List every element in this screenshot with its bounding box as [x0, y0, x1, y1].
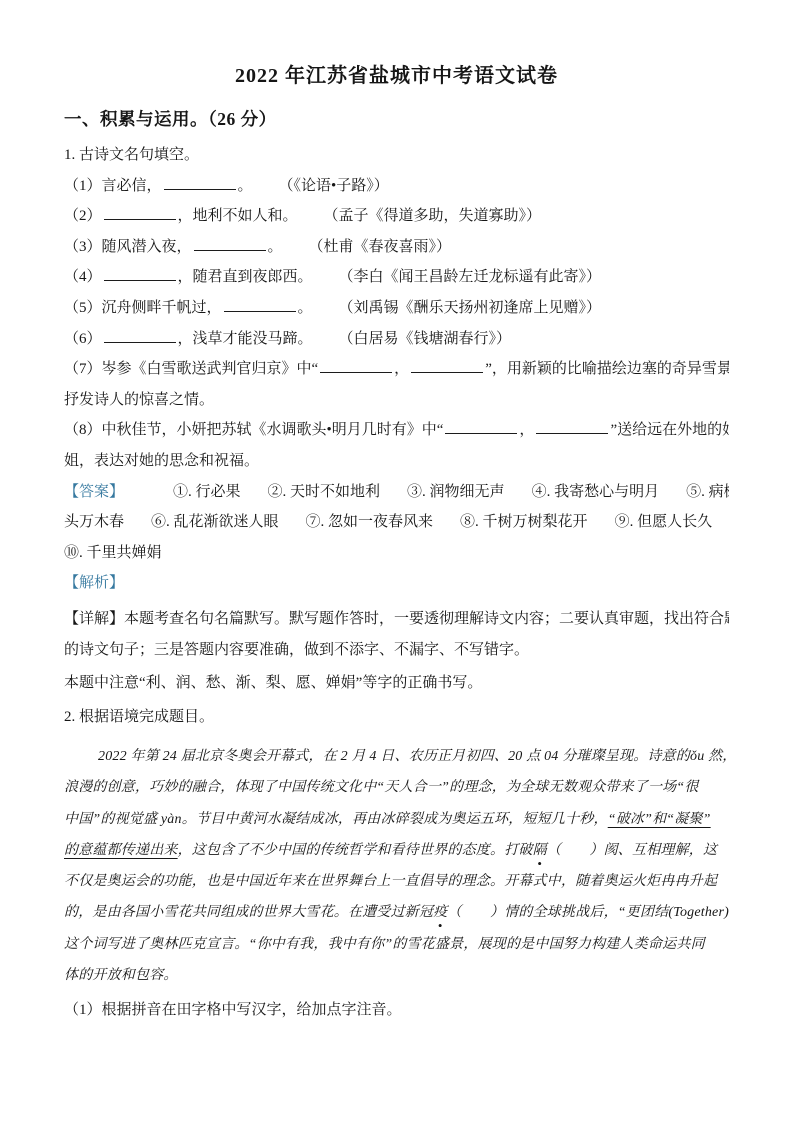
answer-item: 头万木春 [64, 514, 124, 530]
item-text: 姐，表达对她的思念和祝福。 [64, 453, 259, 469]
context-paragraph-line-7: 这个词写进了奥林匹克宣言。“你中有我，我中有你”的雪花盛景，展现的是中国努力构建… [64, 929, 729, 960]
answer-line-2: 头万木春⑥. 乱花渐欲迷人眼⑦. 忽如一夜春风来⑧. 千树万树梨花开⑨. 但愿人… [64, 507, 729, 538]
paragraph-text: 浪漫的创意，巧妙的融合，体现了中国传统文化中“天人合一”的理念，为全球无数观众带… [64, 780, 699, 795]
context-paragraph-line-8: 体的开放和包容。 [64, 960, 729, 991]
underlined-phrase: 的意蕴都传递出来 [64, 843, 178, 858]
item-text: （7）岑参《白雪歌送武判官归京》中“ [64, 361, 318, 377]
detail-line-2: 的诗文句子；三是答题内容要准确，做到不添字、不漏字、不写错字。 [64, 635, 729, 666]
blank-line [411, 358, 483, 373]
citation: （白居易《钱塘湖春行》） [339, 331, 512, 347]
context-paragraph-line-2: 浪漫的创意，巧妙的融合，体现了中国传统文化中“天人合一”的理念，为全球无数观众带… [64, 772, 729, 803]
exam-paper-page: 2022 年江苏省盐城市中考语文试卷 一、积累与运用。（26 分） 1. 古诗文… [0, 0, 793, 1122]
fill-blank-item-7-line-2: 抒发诗人的惊喜之情。 [64, 385, 729, 416]
question-2-label-text: 2. 根据语境完成题目。 [64, 709, 214, 725]
analysis-label-line: 【解析】 [64, 568, 729, 599]
item-text: ， [519, 422, 534, 438]
item-text: ，浅草才能没马蹄。 [178, 331, 313, 347]
underlined-phrase: “破冰”和“凝聚” [608, 812, 711, 827]
answer-item: ⑤. 病树前 [686, 484, 729, 500]
fill-blank-item-7-line-1: （7）岑参《白雪歌送武判官归京》中“，”，用新颖的比喻描绘边塞的奇异雪景， [64, 354, 729, 385]
paragraph-text: 体的开放和包容。 [64, 968, 178, 983]
answer-item: ①. 行必果 [173, 484, 241, 500]
question-1-label: 1. 古诗文名句填空。 [64, 140, 729, 171]
question-2-label: 2. 根据语境完成题目。 [64, 702, 729, 733]
item-text: ”，用新颖的比喻描绘边塞的奇异雪景， [485, 361, 729, 377]
analysis-label: 【解析】 [64, 575, 124, 591]
paragraph-text: （ ）情的全球挑战后，“更团结(Together)” [447, 905, 729, 920]
blank-line [104, 266, 176, 281]
fill-blank-item-8-line-1: （8）中秋佳节，小妍把苏轼《水调歌头•明月几时有》中“，”送给远在外地的姐 [64, 415, 729, 446]
detail-line-1: 【详解】本题考查名句名篇默写。默写题作答时，一要透彻理解诗文内容；二要认真审题，… [64, 604, 729, 635]
blank-line [320, 358, 392, 373]
detail-text: 本题考查名句名篇默写。默写题作答时，一要透彻理解诗文内容；二要认真审题，找出符合… [124, 611, 729, 627]
detail-label: 【详解】 [64, 611, 124, 627]
citation: （孟子《得道多助，失道寡助》） [324, 208, 542, 224]
paragraph-text: （ ）阂、互相理解，这 [547, 843, 717, 858]
question-1-label-text: 1. 古诗文名句填空。 [64, 147, 199, 163]
fill-blank-item-1: （1）言必信，。（《论语•子路》） [64, 171, 729, 202]
dotted-character: 隔 [533, 835, 547, 866]
answer-item: ④. 我寄愁心与明月 [532, 484, 660, 500]
answer-item: ②. 天时不如地利 [268, 484, 381, 500]
sub-question-text: （1）根据拼音在田字格中写汉字，给加点字注音。 [64, 1002, 402, 1018]
item-text: ，随君直到夜郎西。 [178, 269, 313, 285]
item-text: （3）随风潜入夜， [64, 239, 192, 255]
context-paragraph-line-5: 不仅是奥运会的功能，也是中国近年来在世界舞台上一直倡导的理念。开幕式中，随着奥运… [64, 866, 729, 897]
answer-item: ⑧. 千树万树梨花开 [460, 514, 588, 530]
paragraph-text: 这个词写进了奥林匹克宣言。“你中有我，我中有你”的雪花盛景，展现的是中国努力构建… [64, 937, 705, 952]
citation: （《论语•子路》） [279, 178, 389, 194]
paragraph-text: 中国”的视觉盛 yàn。节目中黄河水凝结成冰，再由冰碎裂成为奥运五环，短短几十秒… [64, 812, 608, 827]
answer-label: 【答案】 [64, 484, 124, 500]
citation: （李白《闻王昌龄左迁龙标遥有此寄》） [339, 269, 602, 285]
context-paragraph-line-4: 的意蕴都传递出来，这包含了不少中国的传统哲学和看待世界的态度。打破隔（ ）阂、互… [64, 835, 729, 866]
item-text: 。 [268, 239, 283, 255]
paragraph-text: ，这包含了不少中国的传统哲学和看待世界的态度。打破 [178, 843, 533, 858]
answer-line-3: ⑩. 千里共婵娟 [64, 538, 729, 569]
fill-blank-item-6: （6），浅草才能没马蹄。（白居易《钱塘湖春行》） [64, 324, 729, 355]
section-1-heading: 一、积累与运用。（26 分） [64, 104, 729, 134]
dotted-character: 疫 [433, 897, 447, 928]
item-text: （2） [64, 208, 102, 224]
fill-blank-item-8-line-2: 姐，表达对她的思念和祝福。 [64, 446, 729, 477]
question-2-sub-1: （1）根据拼音在田字格中写汉字，给加点字注音。 [64, 995, 729, 1026]
context-paragraph-line-6: 的，是由各国小雪花共同组成的世界大雪花。在遭受过新冠疫（ ）情的全球挑战后，“更… [64, 897, 729, 928]
answer-item: ③. 润物细无声 [407, 484, 505, 500]
item-text: （1）言必信， [64, 178, 162, 194]
blank-line [536, 419, 608, 434]
item-text: ， [394, 361, 409, 377]
fill-blank-item-4: （4），随君直到夜郎西。（李白《闻王昌龄左迁龙标遥有此寄》） [64, 262, 729, 293]
fill-blank-item-5: （5）沉舟侧畔千帆过，。（刘禹锡《酬乐天扬州初逢席上见赠》） [64, 293, 729, 324]
blank-line [194, 236, 266, 251]
item-text: （6） [64, 331, 102, 347]
item-text: ”送给远在外地的姐 [610, 422, 729, 438]
answer-item: ⑩. 千里共婵娟 [64, 545, 162, 561]
blank-line [445, 419, 517, 434]
paragraph-text: 2022 年第 24 届北京冬奥会开幕式，在 2 月 4 日、农历正月初四、20… [98, 749, 729, 764]
item-text: （8）中秋佳节，小妍把苏轼《水调歌头•明月几时有》中“ [64, 422, 443, 438]
blank-line [224, 297, 296, 312]
note-line: 本题中注意“利、润、愁、渐、梨、愿、婵娟”等字的正确书写。 [64, 668, 729, 699]
item-text: ，地利不如人和。 [178, 208, 298, 224]
blank-line [164, 175, 236, 190]
blank-line [104, 328, 176, 343]
citation: （刘禹锡《酬乐天扬州初逢席上见赠》） [339, 300, 602, 316]
answer-item: ⑦. 忽如一夜春风来 [306, 514, 434, 530]
page-title: 2022 年江苏省盐城市中考语文试卷 [64, 62, 729, 90]
item-text: 。 [298, 300, 313, 316]
answer-item: ⑨. 但愿人长久 [615, 514, 713, 530]
citation: （杜甫《春夜喜雨》） [309, 239, 452, 255]
item-text: （4） [64, 269, 102, 285]
item-text: （5）沉舟侧畔千帆过， [64, 300, 222, 316]
item-text: 。 [238, 178, 253, 194]
blank-line [104, 205, 176, 220]
note-text: 本题中注意“利、润、愁、渐、梨、愿、婵娟”等字的正确书写。 [64, 675, 482, 691]
fill-blank-item-3: （3）随风潜入夜，。（杜甫《春夜喜雨》） [64, 232, 729, 263]
item-text: 抒发诗人的惊喜之情。 [64, 392, 214, 408]
paragraph-text: 的，是由各国小雪花共同组成的世界大雪花。在遭受过新冠 [64, 905, 433, 920]
paragraph-text: 不仅是奥运会的功能，也是中国近年来在世界舞台上一直倡导的理念。开幕式中，随着奥运… [64, 874, 717, 889]
context-paragraph-line-3: 中国”的视觉盛 yàn。节目中黄河水凝结成冰，再由冰碎裂成为奥运五环，短短几十秒… [64, 804, 729, 835]
fill-blank-item-2: （2），地利不如人和。（孟子《得道多助，失道寡助》） [64, 201, 729, 232]
detail-text: 的诗文句子；三是答题内容要准确，做到不添字、不漏字、不写错字。 [64, 642, 529, 658]
context-paragraph-line-1: 2022 年第 24 届北京冬奥会开幕式，在 2 月 4 日、农历正月初四、20… [64, 741, 729, 772]
answer-line-1: 【答案】①. 行必果②. 天时不如地利③. 润物细无声④. 我寄愁心与明月⑤. … [64, 477, 729, 508]
answer-item: ⑥. 乱花渐欲迷人眼 [151, 514, 279, 530]
